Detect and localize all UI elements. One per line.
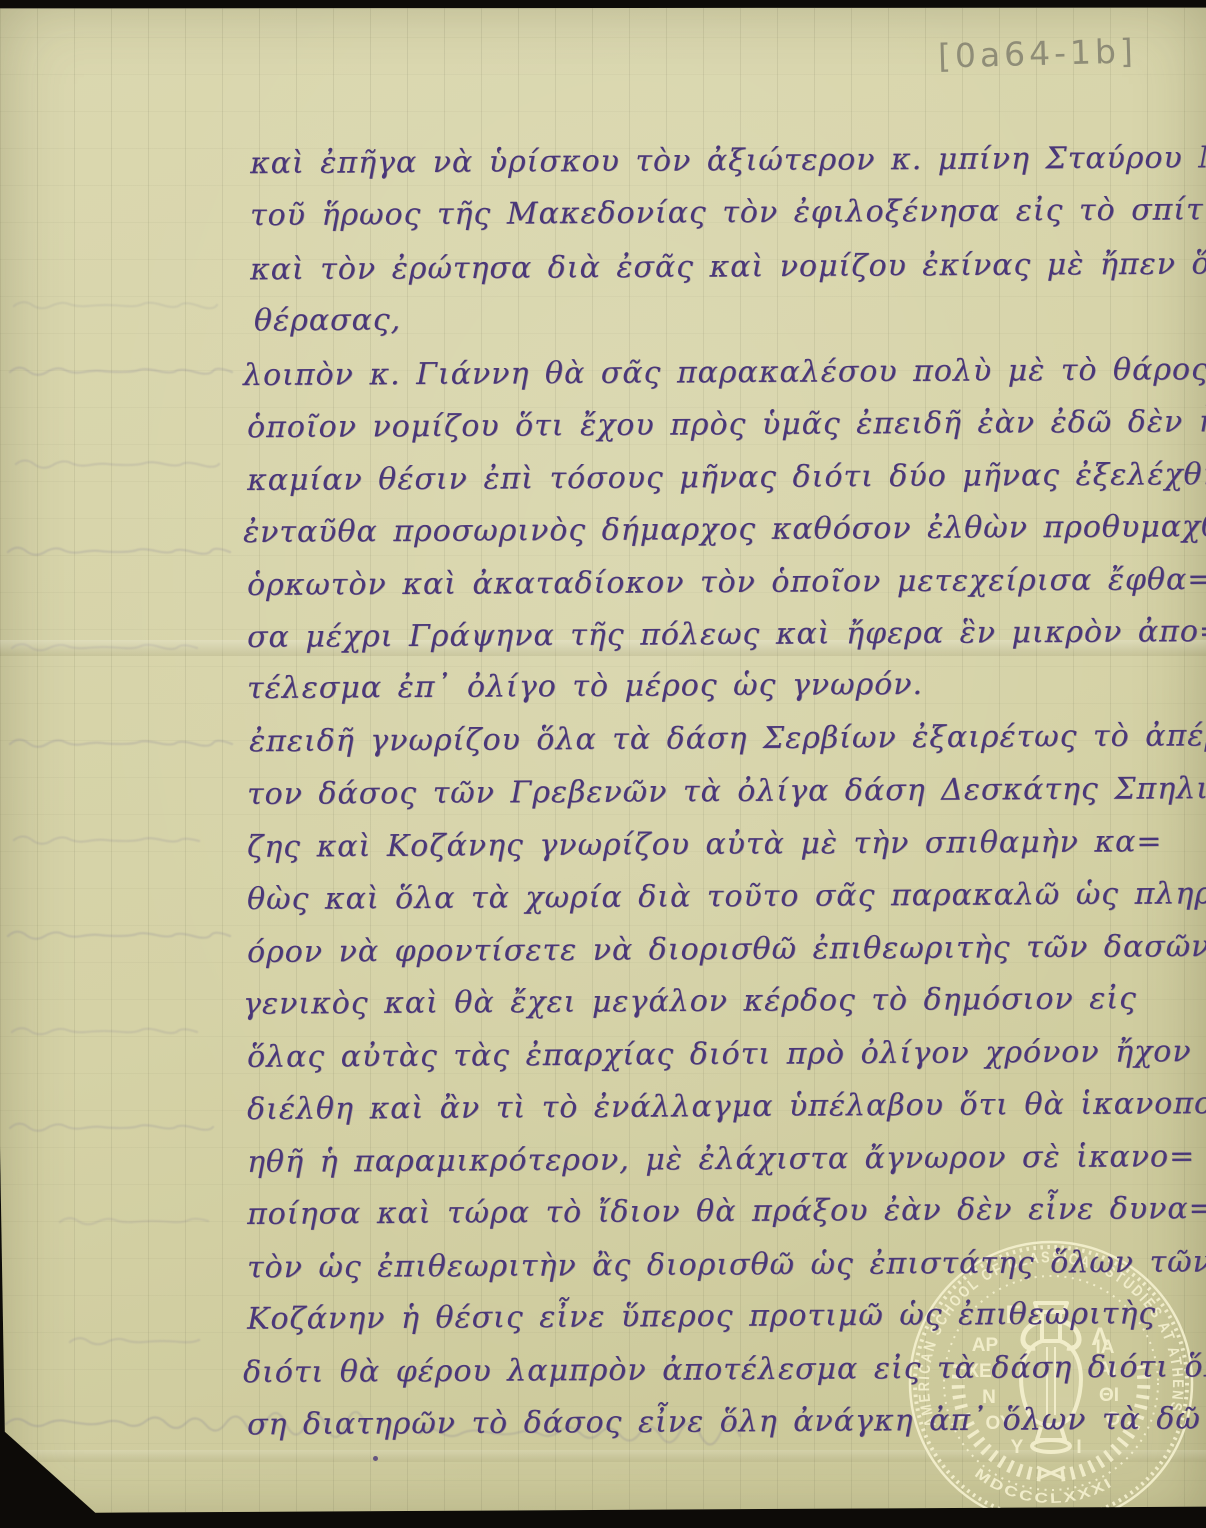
handwritten-line: ποίησα καὶ τώρα τὸ ἴδιον θὰ πράξου ἐὰν δ… [247, 1194, 1206, 1230]
handwritten-line: ὅλας αὐτὰς τὰς ἐπαρχίας διότι πρὸ ὀλίγον… [247, 1037, 1192, 1073]
scanned-letter-photo: [0a64-1b] [0, 0, 1206, 1528]
handwriting-layer: καὶ ἐπῆγα νὰ ὑρίσκου τὸν ἀξιώτερον κ. μπ… [0, 0, 1206, 1528]
handwritten-line: όρον νὰ φροντίσετε νὰ διορισθῶ ἐπιθεωριτ… [247, 932, 1206, 968]
handwritten-line: καμίαν θέσιν ἐπὶ τόσους μῆνας διότι δύο … [247, 460, 1206, 496]
handwritten-line: ὁποῖον νομίζου ὅτι ἔχου πρὸς ὑμᾶς ἐπειδῆ… [247, 407, 1206, 443]
handwritten-line: τέλεσμα ἐπ᾿ ὀλίγο τὸ μέρος ὡς γνωρόν. [247, 670, 923, 704]
handwritten-line: θὼς καὶ ὅλα τὰ χωρία διὰ τοῦτο σᾶς παρακ… [247, 879, 1206, 915]
handwritten-line: λοιπὸν κ. Γιάννη θὰ σᾶς παρακαλέσου πολὺ… [243, 355, 1206, 391]
handwritten-line: καὶ τὸν ἐρώτησα διὰ ἐσᾶς καὶ νομίζου ἐκί… [250, 249, 1206, 286]
handwritten-line: ἐνταῦθα προσωρινὸς δήμαρχος καθόσον ἐλθὼ… [243, 512, 1206, 548]
handwritten-line: θέρασας, [254, 306, 401, 337]
handwritten-line: σα μέχρι Γράψηνα τῆς πόλεως καὶ ἤφερα ἓν… [247, 617, 1206, 653]
handwritten-line: διότι θὰ φέρου λαμπρὸν ἀποτέλεσμα εἰς τὰ… [243, 1352, 1206, 1389]
handwritten-line: διέλθη καὶ ἂν τὶ τὸ ἐνάλλαγμα ὑπέλαβου ὅ… [247, 1089, 1206, 1125]
handwritten-line: ἐπειδῆ γνωρίζου ὅλα τὰ δάση Σερβίων ἐξαι… [249, 721, 1206, 757]
handwritten-line: τοῦ ἥρωος τῆς Μακεδονίας τὸν ἐφιλοξένησα… [250, 195, 1206, 231]
paper-sheet: [0a64-1b] [0, 0, 1206, 1528]
handwritten-line: ὁρκωτὸν καὶ ἀκαταδίοκον τὸν ὁποῖον μετεχ… [247, 565, 1206, 601]
ink-dot [373, 1456, 378, 1461]
handwritten-line: ζης καὶ Κοζάνης γνωρίζου αὐτὰ μὲ τὴν σπι… [247, 827, 1163, 863]
handwritten-line: Κοζάνην ἡ θέσις εἶνε ὕπερος προτιμῶ ὡς ἐ… [247, 1299, 1156, 1335]
handwritten-line: καὶ ἐπῆγα νὰ ὑρίσκου τὸν ἀξιώτερον κ. μπ… [250, 143, 1206, 179]
handwritten-line: γενικὸς καὶ θὰ ἔχει μεγάλον κέρδος τὸ δη… [243, 984, 1137, 1019]
handwritten-line: ση διατηρῶν τὸ δάσος εἶνε ὅλη ἀνάγκη ἀπ᾿… [247, 1404, 1206, 1441]
handwritten-line: τὸν ὡς ἐπιθεωριτὴν ἂς διορισθῶ ὡς ἐπιστά… [247, 1247, 1206, 1284]
handwritten-line: τον δάσος τῶν Γρεβενῶν τὰ ὀλίγα δάση Δεσ… [247, 774, 1206, 810]
handwritten-line: ηθῆ ἡ παραμικρότερον, μὲ ἐλάχιστα ἄγνωρο… [247, 1142, 1195, 1178]
